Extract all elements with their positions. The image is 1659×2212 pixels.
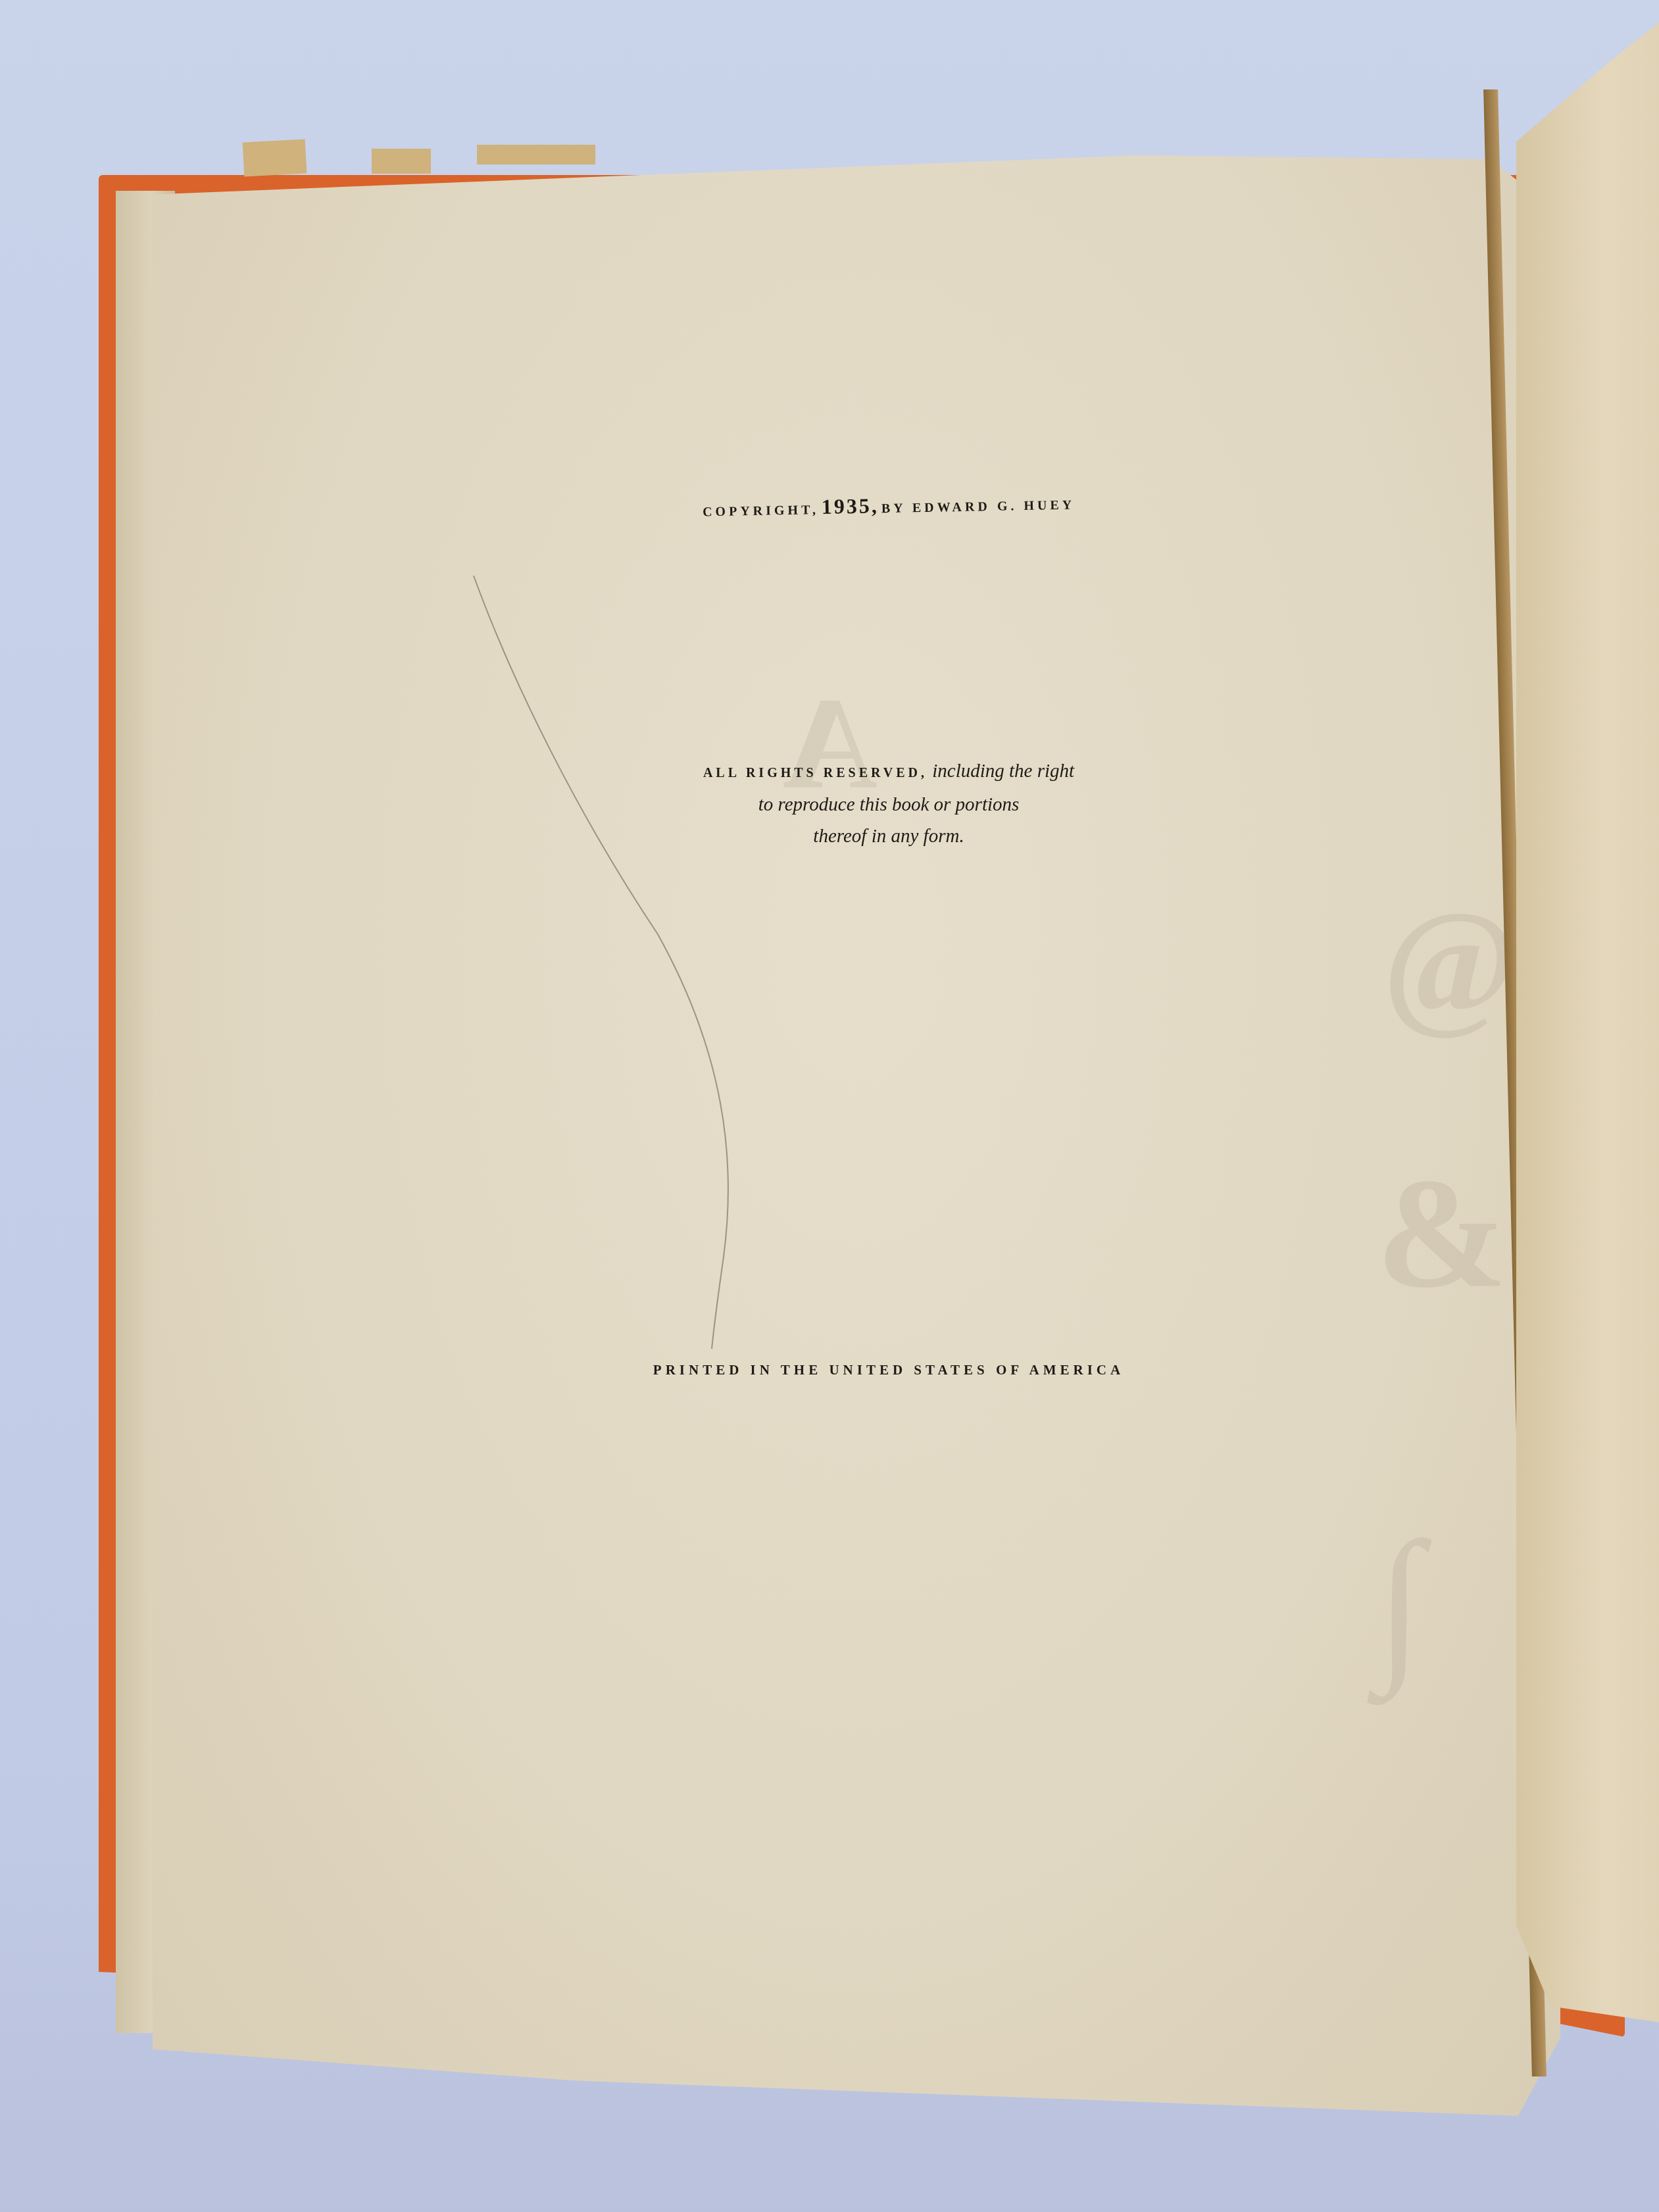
show-through-illustration: & [1376,1142,1513,1324]
rights-line1: including the right [932,761,1074,782]
torn-jacket-fragment [243,139,307,177]
pencil-mark [460,566,789,1355]
show-through-illustration: ∫ [1376,1504,1428,1701]
rights-caps: ALL RIGHTS RESERVED, [703,766,928,780]
book-page: A @ & ∫ [153,155,1560,2116]
show-through-illustration: @ [1383,879,1523,1045]
copyright-prefix: COPYRIGHT, [703,503,819,519]
torn-jacket-fragment [372,149,431,174]
copyright-author: BY EDWARD G. HUEY [881,498,1076,516]
rights-line2: to reproduce this book or portions [59,789,1659,820]
rights-line3: thereof in any form. [59,820,1659,852]
printed-in-line: PRINTED IN THE UNITED STATES OF AMERICA [59,1362,1659,1378]
facing-page-edge [1516,0,1659,2026]
torn-jacket-fragment [477,145,595,164]
rights-notice: ALL RIGHTS RESERVED, including the right… [59,755,1659,852]
copyright-year: 1935, [821,493,879,518]
